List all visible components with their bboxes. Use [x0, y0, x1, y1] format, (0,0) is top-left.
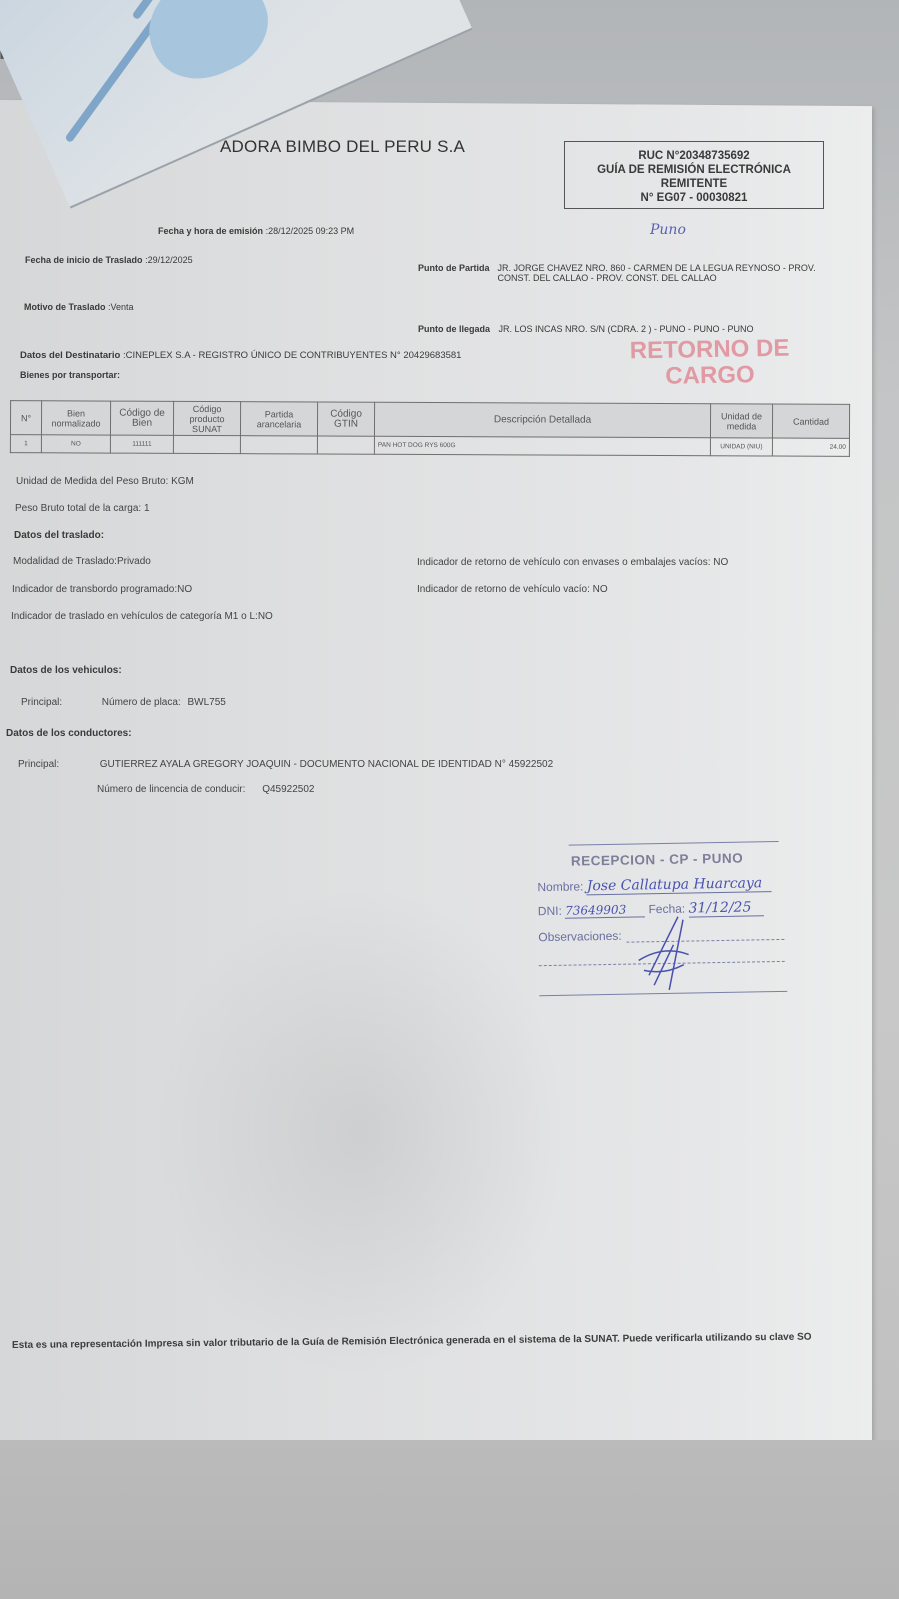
vehicle-principal: Principal: Número de placa: BWL755	[21, 697, 226, 708]
header-cell: Código producto SUNAT	[173, 401, 240, 435]
handwritten-city: Puno	[650, 222, 686, 238]
document-type: GUÍA DE REMISIÓN ELECTRÓNICA	[565, 163, 823, 177]
observations-label: Observaciones:	[538, 929, 622, 944]
document-number: N° EG07 - 00030821	[565, 191, 823, 205]
signature-icon	[633, 914, 694, 995]
start-date-value: :29/12/2025	[145, 255, 193, 265]
header-cell: N°	[10, 401, 41, 435]
recipient-value: :CINEPLEX S.A - REGISTRO ÚNICO DE CONTRI…	[123, 350, 462, 361]
header-cell: Unidad de medida	[710, 404, 772, 438]
header-cell: Partida arancelaria	[240, 402, 317, 436]
table-header-row: N° Bien normalizado Código de Bien Códig…	[10, 401, 849, 439]
driver-role: Principal:	[18, 759, 97, 770]
cell-tariff	[240, 436, 317, 454]
cell-description: PAN HOT DOG RYS 600G	[374, 436, 710, 455]
table-row: 1 NO 111111 PAN HOT DOG RYS 600G UNIDAD …	[10, 435, 849, 457]
cell-gtin	[317, 436, 374, 454]
reception-stamp: RECEPCION - CP - PUNO Nombre: Jose Calla…	[537, 841, 792, 997]
stamp-line-1: RETORNO DE	[630, 336, 790, 365]
company-name: ADORA BIMBO DEL PERU S.A	[220, 137, 465, 157]
cell-quantity: 24.00	[772, 438, 849, 456]
plate-value: BWL755	[188, 697, 226, 708]
name-label: Nombre:	[537, 879, 583, 894]
emission-value: :28/12/2025 09:23 PM	[266, 226, 355, 236]
reception-title: RECEPCION - CP - PUNO	[571, 851, 744, 869]
plate-label: Número de placa:	[102, 697, 181, 708]
cell-unit: UNIDAD (NIU)	[710, 438, 772, 456]
ruc-box: RUC N°20348735692 GUÍA DE REMISIÓN ELECT…	[564, 141, 824, 209]
cell-item-code: 111111	[110, 435, 173, 453]
reception-name-row: Nombre: Jose Callatupa Huarcaya	[537, 875, 772, 896]
shadow	[150, 881, 570, 1384]
return-empty-indicator: Indicador de retorno de vehículo vacío: …	[417, 584, 608, 595]
header-cell: Cantidad	[772, 404, 849, 438]
goods-label: Bienes por transportar:	[20, 370, 120, 380]
cell-sunat-code	[173, 435, 240, 453]
reception-observations-row: Observaciones:	[538, 929, 622, 944]
origin-value: JR. JORGE CHAVEZ NRO. 860 - CARMEN DE LA…	[498, 263, 823, 283]
driver-name: GUTIERREZ AYALA GREGORY JOAQUIN - DOCUME…	[100, 759, 553, 770]
reason-value: :Venta	[108, 302, 134, 312]
origin-label: Punto de Partida	[418, 263, 490, 283]
document-subtype: REMITENTE	[565, 177, 823, 191]
cell-number: 1	[10, 435, 41, 453]
transfer-section-title: Datos del traslado:	[14, 530, 104, 541]
vehicle-role: Principal:	[21, 697, 99, 708]
recipient: Datos del Destinatario :CINEPLEX S.A - R…	[20, 350, 461, 361]
gross-weight: Peso Bruto total de la carga: 1	[15, 503, 150, 514]
license-value: Q45922502	[262, 784, 314, 795]
header-cell: Descripción Detallada	[374, 402, 710, 437]
driver-principal: Principal: GUTIERREZ AYALA GREGORY JOAQU…	[18, 759, 553, 770]
date-value: 31/12/25	[688, 899, 763, 917]
weight-unit: Unidad de Medida del Peso Bruto: KGM	[16, 476, 194, 487]
reason-label: Motivo de Traslado	[24, 302, 106, 312]
transfer-reason: Motivo de Traslado :Venta	[24, 302, 134, 312]
name-value: Jose Callatupa Huarcaya	[587, 875, 772, 895]
destination-point: Punto de llegada JR. LOS INCAS NRO. S/N …	[418, 324, 754, 334]
bear-logo-icon	[133, 0, 283, 95]
items-table: N° Bien normalizado Código de Bien Códig…	[10, 400, 850, 457]
header-cell: Bien normalizado	[41, 401, 110, 435]
background-surface	[0, 1440, 899, 1599]
header-cell: Código de Bien	[110, 401, 173, 435]
drivers-section-title: Datos de los conductores:	[6, 728, 132, 739]
cell-normalized: NO	[41, 435, 110, 453]
transfer-modality: Modalidad de Traslado:Privado	[13, 556, 151, 567]
stamp-line-2: CARGO	[630, 362, 790, 391]
return-packaging-indicator: Indicador de retorno de vehículo con env…	[417, 557, 728, 568]
origin-point: Punto de Partida JR. JORGE CHAVEZ NRO. 8…	[418, 263, 823, 283]
ruc-number: RUC N°20348735692	[565, 149, 823, 163]
vehicles-section-title: Datos de los vehiculos:	[10, 665, 122, 676]
return-stamp: RETORNO DE CARGO	[630, 336, 790, 391]
destination-label: Punto de llegada	[418, 324, 490, 334]
transshipment-indicator: Indicador de transbordo programado:NO	[12, 584, 192, 595]
destination-value: JR. LOS INCAS NRO. S/N (CDRA. 2 ) - PUNO…	[499, 324, 754, 334]
start-date: Fecha de inicio de Traslado :29/12/2025	[25, 255, 193, 265]
dni-label: DNI:	[538, 904, 562, 918]
m1-l-indicator: Indicador de traslado en vehículos de ca…	[11, 611, 273, 622]
recipient-label: Datos del Destinatario	[20, 350, 120, 361]
start-date-label: Fecha de inicio de Traslado	[25, 255, 143, 265]
emission-date: Fecha y hora de emisión :28/12/2025 09:2…	[158, 226, 354, 236]
header-cell: Código GTIN	[317, 402, 374, 436]
driver-license: Número de lincencia de conducir: Q459225…	[97, 784, 314, 795]
license-label: Número de lincencia de conducir:	[97, 784, 245, 795]
emission-label: Fecha y hora de emisión	[158, 226, 263, 236]
